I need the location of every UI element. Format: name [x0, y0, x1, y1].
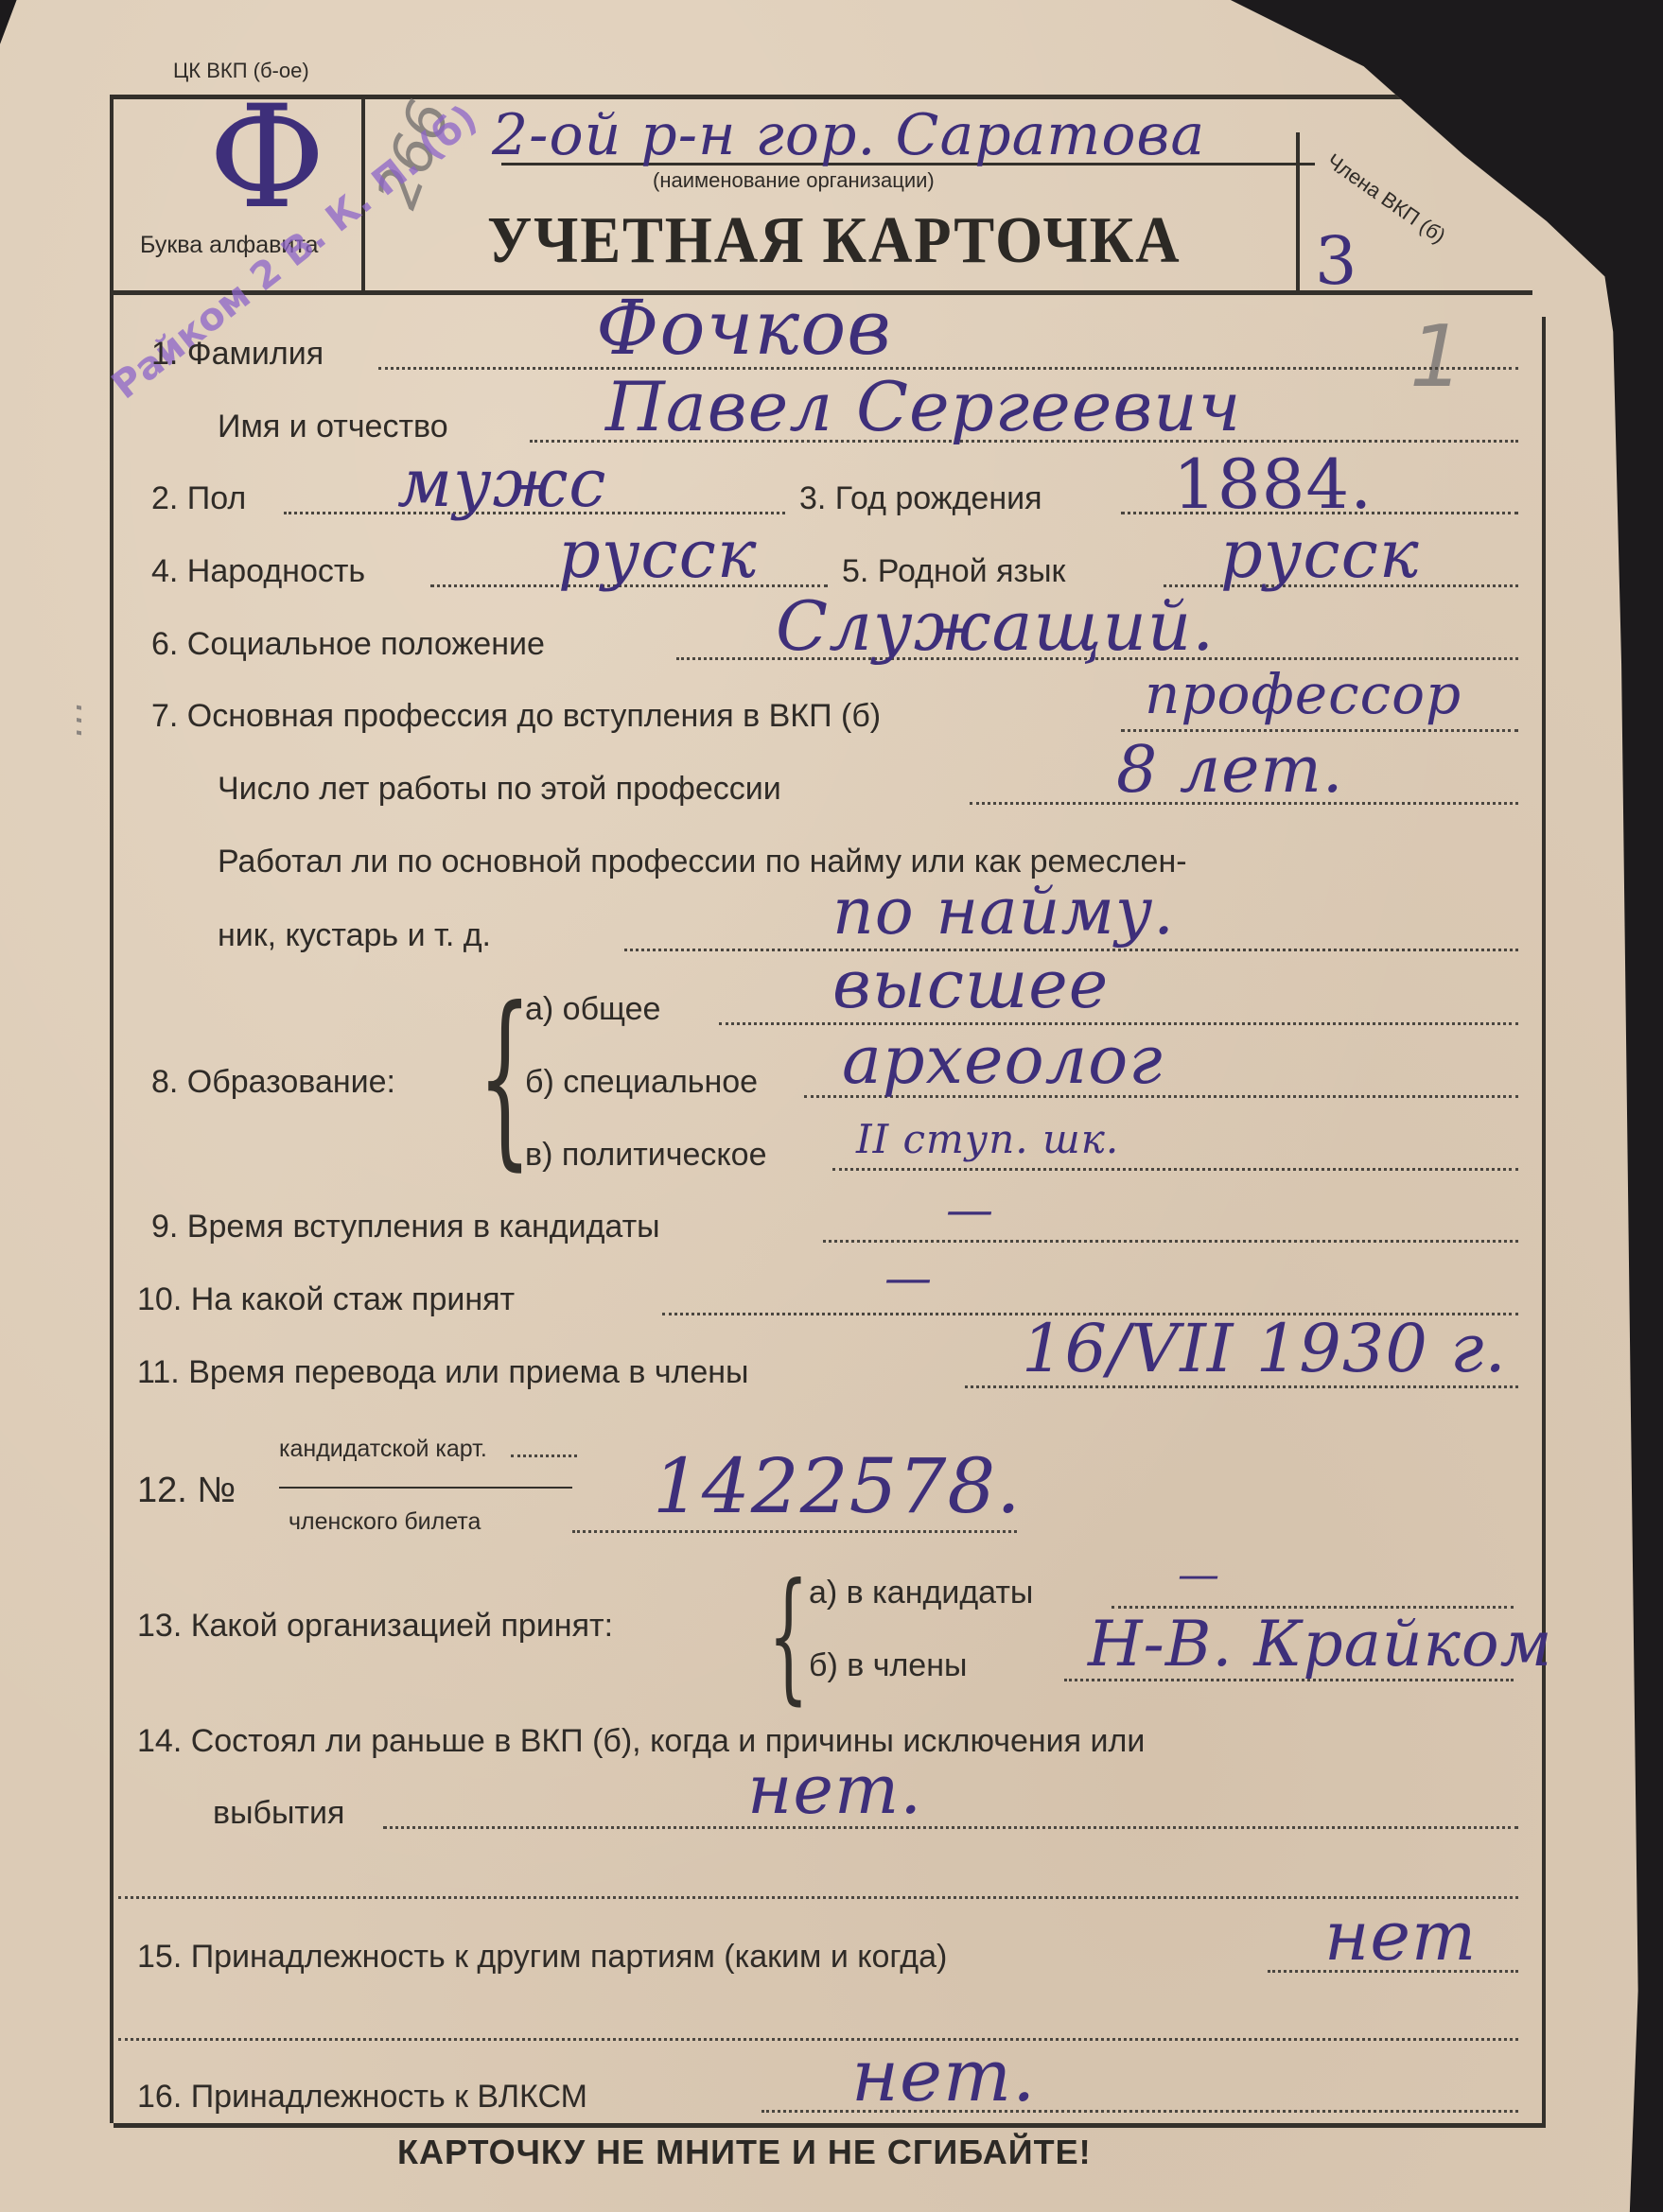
field-12-cand-line — [511, 1454, 577, 1457]
frame-bottom-line — [114, 2123, 1544, 2128]
field-14-line-2 — [118, 1896, 1518, 1899]
field-9-line — [823, 1240, 1518, 1243]
field-1-label: 1. Фамилия — [151, 336, 324, 373]
field-7b-value: 8 лет. — [1116, 733, 1344, 808]
field-15-line-2 — [118, 2038, 1518, 2041]
field-16-label: 16. Принадлежность к ВЛКСМ — [137, 2079, 587, 2116]
field-8a-label: а) общее — [525, 991, 660, 1028]
org-label: (наименование организации) — [653, 168, 935, 193]
field-12-cand-value: — — [307, 1409, 309, 1410]
field-13b-label: б) в члены — [809, 1647, 967, 1684]
card-number: 3 — [1315, 222, 1358, 300]
field-5-value: русск — [1220, 515, 1420, 593]
field-14-line — [383, 1826, 1518, 1829]
field-12-member-value: 1422578. — [653, 1442, 1022, 1530]
corner-divider — [1296, 132, 1300, 293]
field-8-label: 8. Образование: — [151, 1064, 395, 1101]
field-1b-value: Павел Сергеевич — [605, 367, 1241, 446]
field-11-value: 16/VII 1930 г. — [1022, 1310, 1507, 1387]
field-15-label: 15. Принадлежность к другим партиям (как… — [137, 1939, 947, 1976]
field-13-label: 13. Какой организацией принят: — [137, 1608, 613, 1645]
field-6-label: 6. Социальное положение — [151, 626, 545, 663]
pencil-mark: 1 — [1409, 307, 1463, 407]
field-13a-label: а) в кандидаты — [809, 1575, 1033, 1611]
card-title: УЧЕТНАЯ КАРТОЧКА — [487, 203, 1181, 279]
field-12-member-label: членского билета — [289, 1508, 481, 1536]
field-9-value: — — [946, 1182, 994, 1237]
field-15-value: нет — [1324, 1896, 1477, 1976]
field-2-value: мужс — [397, 444, 606, 522]
field-1-value: Фочков — [596, 284, 892, 372]
field-5-label: 5. Родной язык — [842, 553, 1065, 590]
field-2-label: 2. Пол — [151, 480, 246, 517]
field-8a-value: высшее — [832, 946, 1109, 1023]
org-value: 2-ой р-н гор. Саратова — [492, 102, 1205, 168]
field-7c-label-2: ник, кустарь и т. д. — [218, 917, 491, 954]
field-13a-value: — — [1178, 1551, 1220, 1599]
field-8c-label: в) политическое — [525, 1137, 767, 1174]
field-8-brace: { — [478, 984, 532, 1173]
field-7-value: профессор — [1145, 662, 1462, 726]
field-7c-value: по найму. — [832, 875, 1175, 949]
field-14-label-1: 14. Состоял ли раньше в ВКП (б), когда и… — [137, 1723, 1145, 1760]
frame-right-line — [1542, 317, 1546, 2128]
field-12-label: 12. № — [137, 1471, 236, 1511]
field-8b-label: б) специальное — [525, 1064, 758, 1101]
margin-note: … — [47, 700, 91, 738]
field-12-member-line — [572, 1530, 1017, 1533]
field-6-value: Служащий. — [776, 586, 1215, 666]
field-10-label: 10. На какой стаж принят — [137, 1281, 515, 1318]
field-13b-value: Н-В. Крайком — [1088, 1608, 1552, 1681]
field-4-value: русск — [558, 515, 758, 593]
field-7b-label: Число лет работы по этой профессии — [218, 771, 781, 808]
field-13-brace: { — [768, 1565, 809, 1707]
field-8c-line — [832, 1168, 1518, 1171]
field-8c-value: II ступ. шк. — [856, 1116, 1119, 1162]
field-7-label: 7. Основная профессия до вступления в ВК… — [151, 698, 881, 735]
field-11-label: 11. Время перевода или приема в члены — [137, 1354, 749, 1391]
field-14-label-2: выбытия — [213, 1795, 344, 1832]
field-3-value: 1884. — [1173, 444, 1373, 524]
frame-left-line — [110, 95, 114, 2123]
field-8b-value: археолог — [842, 1021, 1164, 1099]
field-10-value: — — [884, 1250, 933, 1305]
field-14-value: нет. — [747, 1750, 922, 1829]
field-12-divider — [279, 1487, 572, 1489]
field-9-label: 9. Время вступления в кандидаты — [151, 1209, 660, 1245]
field-16-value: нет. — [851, 2033, 1036, 2117]
footer-warning: КАРТОЧКУ НЕ МНИТЕ И НЕ СГИБАЙТЕ! — [397, 2133, 1092, 2172]
field-4-label: 4. Народность — [151, 553, 365, 590]
field-1b-label: Имя и отчество — [218, 409, 448, 445]
field-7-line — [1121, 729, 1518, 732]
field-3-label: 3. Год рождения — [799, 480, 1042, 517]
card-paper: ЦК ВКП (б-ое) Ф Буква алфавита 2-ой р-н … — [0, 0, 1663, 2212]
field-12-cand-label: кандидатской карт. — [279, 1436, 487, 1463]
